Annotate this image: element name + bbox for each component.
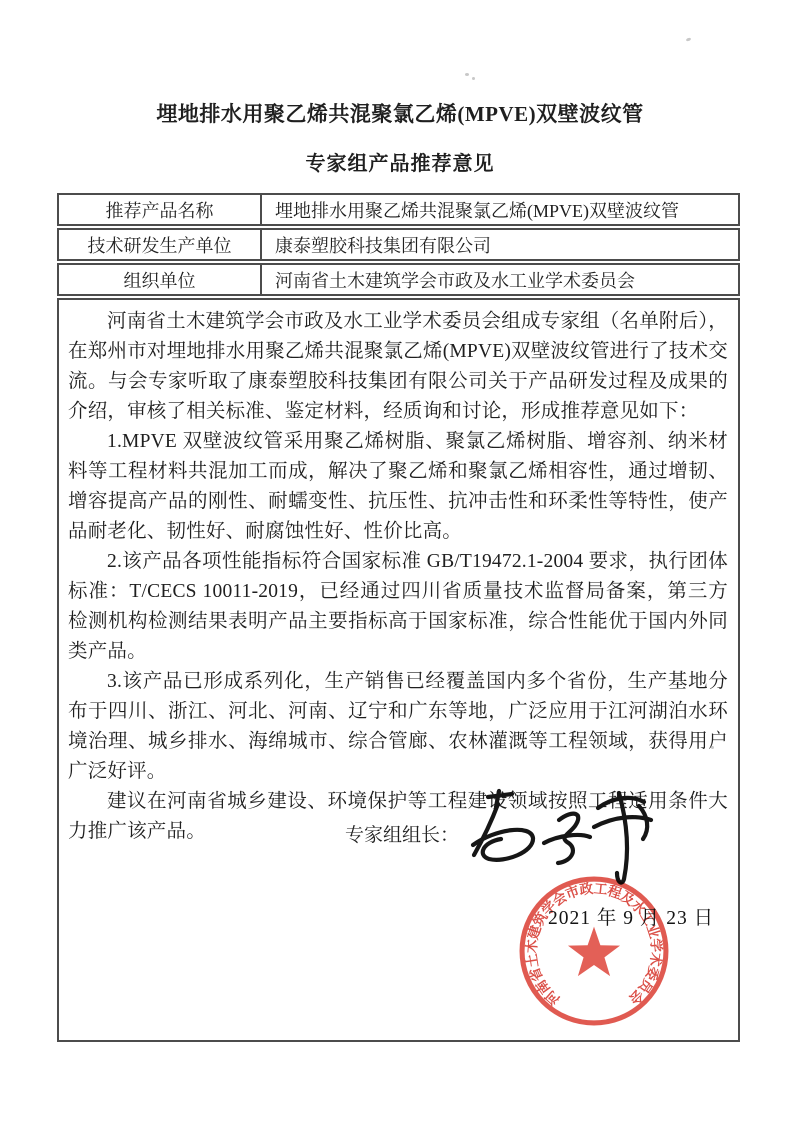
recommendation-body-cell: 河南省土木建筑学会市政及水工业学术委员会组成专家组（名单附后），在郑州市对埋地排… (57, 298, 740, 1042)
info-table: 推荐产品名称 埋地排水用聚乙烯共混聚氯乙烯(MPVE)双壁波纹管 技术研发生产单… (57, 193, 740, 296)
table-row-developer: 技术研发生产单位 康泰塑胶科技集团有限公司 (57, 228, 740, 261)
row-value: 康泰塑胶科技集团有限公司 (262, 230, 738, 259)
body-paragraph: 2.该产品各项性能指标符合国家标准 GB/T19472.1-2004 要求，执行… (68, 547, 728, 667)
document-title: 埋地排水用聚乙烯共混聚氯乙烯(MPVE)双壁波纹管 (0, 0, 800, 127)
document-page: 埋地排水用聚乙烯共混聚氯乙烯(MPVE)双壁波纹管 专家组产品推荐意见 推荐产品… (0, 0, 800, 1133)
row-label: 组织单位 (59, 265, 262, 294)
signature-handwriting (467, 782, 657, 889)
body-paragraph: 河南省土木建筑学会市政及水工业学术委员会组成专家组（名单附后），在郑州市对埋地排… (68, 307, 728, 427)
row-label: 技术研发生产单位 (59, 230, 262, 259)
table-row-organizer: 组织单位 河南省土木建筑学会市政及水工业学术委员会 (57, 263, 740, 296)
seal-star-icon (568, 927, 620, 976)
scan-speck (472, 77, 475, 80)
official-seal: 河南省土木建筑学会市政工程及水工业学术委员会 (518, 875, 670, 1027)
row-value: 埋地排水用聚乙烯共混聚氯乙烯(MPVE)双壁波纹管 (262, 195, 738, 224)
body-paragraph: 1.MPVE 双壁波纹管采用聚乙烯树脂、聚氯乙烯树脂、增容剂、纳米材料等工程材料… (68, 427, 728, 547)
table-row-product-name: 推荐产品名称 埋地排水用聚乙烯共混聚氯乙烯(MPVE)双壁波纹管 (57, 193, 740, 226)
row-value: 河南省土木建筑学会市政及水工业学术委员会 (262, 265, 738, 294)
document-subtitle: 专家组产品推荐意见 (0, 152, 800, 176)
date-line: 2021 年 9 月 23 日 (548, 902, 714, 930)
signature-label: 专家组组长： (345, 820, 459, 847)
scan-speck (711, 746, 714, 749)
body-text: 河南省土木建筑学会市政及水工业学术委员会组成专家组（名单附后），在郑州市对埋地排… (59, 300, 738, 847)
scan-speck (465, 73, 469, 76)
body-paragraph: 3.该产品已形成系列化，生产销售已经覆盖国内多个省份，生产基地分布于四川、浙江、… (68, 667, 728, 787)
row-label: 推荐产品名称 (59, 195, 262, 224)
